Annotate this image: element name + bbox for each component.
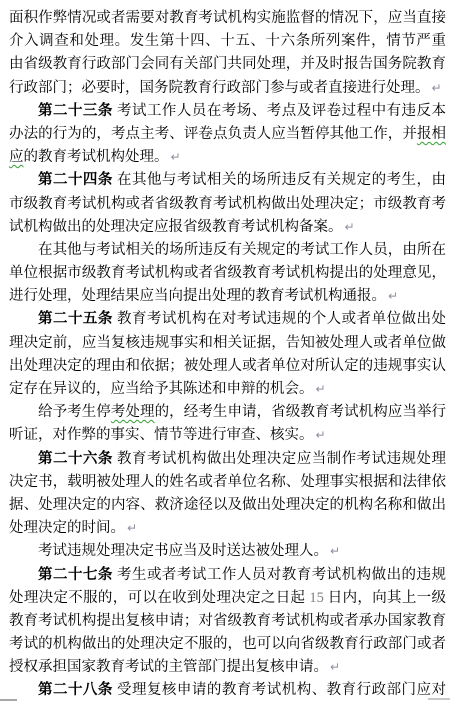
paragraph-mark-icon: ↵ (330, 544, 340, 558)
text-segment: 行政部门；必要时，国务院教育行政部门参与或者直接进行处理。 (9, 80, 430, 96)
article-heading: 第二十八条 (38, 682, 113, 698)
text-segment: 授权承担国家教育考试的主管部门提出复核申请。 (9, 659, 328, 675)
text-line: 听证，对作弊的事实、情节等进行审查、核实。↵ (9, 424, 446, 447)
text-line: 出处理决定的理由和依据；被处理人或者单位对所认定的违规事实认 (9, 355, 446, 378)
text-line: 给予考生停考处理的，经考生申请，省级教育考试机构应当举行 (9, 401, 446, 424)
text-segment: 在其他与考试相关的场所违反有关规定的考试工作人员，由所在 (38, 242, 446, 258)
text-segment: 的，经考生申请，省级教育考试机构应当举行 (155, 404, 446, 420)
text-segment: 单位根据市级教育考试机构或者省级教育考试机构提出的处理意见， (9, 265, 446, 281)
text-segment: 定存在异议的，应当给予其陈述和申辩的机会。 (9, 381, 314, 397)
text-line: 考试违规处理决定书应当及时送达被处理人。↵ (9, 540, 446, 563)
text-segment: 考试的机构做出的处理决定不服的，也可以向省级教育行政部门或者 (9, 636, 446, 652)
text-line: 第二十六条 教育考试机构做出处理决定应当制作考试违规处理 (9, 448, 446, 471)
text-line: 考试的机构做出的处理决定不服的，也可以向省级教育行政部门或者 (9, 633, 446, 656)
text-line: 教育考试机构提出复核申请；对省级教育考试机构或者承办国家教育 (9, 610, 446, 633)
text-line: 第二十五条 教育考试机构在对考试违规的个人或者单位做出处 (9, 308, 446, 331)
text-line: 处理决定的时间。↵ (9, 517, 446, 540)
text-line: 定存在异议的，应当给予其陈述和申辩的机会。↵ (9, 378, 446, 401)
article-heading: 第二十四条 (38, 172, 113, 188)
text-segment: 考试违规处理决定书应当及时送达被处理人。 (38, 543, 328, 559)
document-page: 面积作弊情况或者需要对教育考试机构实施监督的情况下，应当直接介入调查和处理。发生… (0, 0, 453, 701)
text-segment: 考生或者考试工作人员对教育考试机构做出的违规 (113, 567, 446, 583)
text-line: 第二十四条 在其他与考试相关的场所违反有关规定的考生，由 (9, 169, 446, 192)
paragraph-mark-icon: ↵ (388, 289, 398, 303)
text-line: 面积作弊情况或者需要对教育考试机构实施监督的情况下，应当直接 (9, 7, 446, 30)
text-line: 应的教育考试机构处理。↵ (9, 146, 446, 169)
text-line: 办法的行为的，考点主考、评卷点负责人应当暂停其他工作，并报相 (9, 123, 446, 146)
article-heading: 第二十三条 (38, 103, 113, 119)
text-line: 决定书，载明被处理人的姓名或者单位名称、处理事实根据和法律依 (9, 471, 446, 494)
text-segment: 教育考试机构提出复核申请；对省级教育考试机构或者承办国家教育 (9, 613, 446, 629)
text-line: 处理决定不服的，可以在收到处理决定之日起 15 日内，向其上一级 (9, 587, 446, 610)
text-line: 授权承担国家教育考试的主管部门提出复核申请。↵ (9, 656, 446, 679)
text-segment: 教育考试机构在对考试违规的个人或者单位做出处 (113, 311, 446, 327)
text-segment: 由省级教育行政部门会同有关部门共同处理，并及时报告国务院教育 (9, 56, 446, 72)
paragraph-mark-icon: ↵ (345, 220, 355, 234)
text-segment: 进行处理，处理结果应当向提出处理的教育考试机构通报。 (9, 288, 386, 304)
text-segment: 理决定前，应当复核违规事实和相关证据，告知被处理人或者单位做 (9, 335, 446, 351)
article-heading: 第二十五条 (38, 311, 113, 327)
text-segment: 市级教育考试机构或者省级教育考试机构做出处理决定；市级教育考 (9, 196, 446, 212)
paragraph-mark-icon: ↵ (127, 521, 137, 535)
paragraph-mark-icon: ↵ (330, 660, 340, 674)
text-segment: 教育考试机构做出处理决定应当制作考试违规处理 (113, 451, 446, 467)
text-segment: 办法的行为的，考点主考、评卷点负责人应当暂停其他工作，并 (9, 126, 417, 142)
text-segment: 处理决定不服的，可以在收到处理决定之日起 (9, 590, 309, 606)
text-line: 第二十三条 考试工作人员在考场、考点及评卷过程中有违反本 (9, 100, 446, 123)
text-line: 进行处理，处理结果应当向提出处理的教育考试机构通报。↵ (9, 285, 446, 308)
text-segment: 处理决定的时间。 (9, 520, 125, 536)
text-segment: 出处理决定的理由和依据；被处理人或者单位对所认定的违规事实认 (9, 358, 446, 374)
paragraph-mark-icon: ↵ (316, 382, 326, 396)
document-text-body: 面积作弊情况或者需要对教育考试机构实施监督的情况下，应当直接介入调查和处理。发生… (9, 7, 446, 701)
horizontal-scrollbar-fragment[interactable] (428, 698, 450, 700)
text-line: 理决定前，应当复核违规事实和相关证据，告知被处理人或者单位做 (9, 332, 446, 355)
text-line: 据、处理决定的内容、救济途径以及做出处理决定的机构名称和做出 (9, 494, 446, 517)
text-segment: 据、处理决定的内容、救济途径以及做出处理决定的机构名称和做出 (9, 497, 446, 513)
text-line: 单位根据市级教育考试机构或者省级教育考试机构提出的处理意见， (9, 262, 446, 285)
text-line: 介入调查和处理。发生第十四、十五、十六条所列案件，情节严重的， (9, 30, 446, 53)
text-segment: 给予考生停 (38, 404, 111, 420)
text-segment: 面积作弊情况或者需要对教育考试机构实施监督的情况下，应当直接 (9, 10, 446, 26)
text-line: 在其他与考试相关的场所违反有关规定的考试工作人员，由所在 (9, 239, 446, 262)
article-heading: 第二十六条 (38, 451, 113, 467)
text-line: 行政部门；必要时，国务院教育行政部门参与或者直接进行处理。↵ (9, 77, 446, 100)
text-line: 第二十七条 考生或者考试工作人员对教育考试机构做出的违规 (9, 564, 446, 587)
text-segment: 在其他与考试相关的场所违反有关规定的考生，由 (113, 172, 446, 188)
text-line: 第二十八条 受理复核申请的教育考试机构、教育行政部门应对 (9, 679, 446, 701)
text-segment: 决定书，载明被处理人的姓名或者单位名称、处理事实根据和法律依 (9, 474, 446, 490)
paragraph-mark-icon: ↵ (316, 428, 326, 442)
text-segment: 听证，对作弊的事实、情节等进行审查、核实。 (9, 427, 314, 443)
number-value: 15 (309, 590, 324, 606)
grammar-flagged-text: 报相 (417, 126, 446, 142)
text-segment: 考试工作人员在考场、考点及评卷过程中有违反本 (113, 103, 446, 119)
grammar-flagged-text: 考处理 (111, 404, 155, 420)
text-segment: 受理复核申请的教育考试机构、教育行政部门应对 (113, 682, 446, 698)
text-segment: 介入调查和处理。发生第十四、十五、十六条所列案件，情节严重的， (9, 33, 446, 53)
text-line: 市级教育考试机构或者省级教育考试机构做出处理决定；市级教育考 (9, 193, 446, 216)
article-heading: 第二十七条 (38, 567, 113, 583)
text-line: 由省级教育行政部门会同有关部门共同处理，并及时报告国务院教育 (9, 53, 446, 76)
grammar-flagged-text: 应 (9, 149, 24, 165)
text-segment: 试机构做出的处理决定应报省级教育考试机构备案。 (9, 219, 343, 235)
text-line: 试机构做出的处理决定应报省级教育考试机构备案。↵ (9, 216, 446, 239)
text-segment: 的教育考试机构处理。 (24, 149, 169, 165)
paragraph-mark-icon: ↵ (432, 81, 442, 95)
text-segment: 日内，向其上一级 (324, 590, 446, 606)
paragraph-mark-icon: ↵ (171, 150, 181, 164)
